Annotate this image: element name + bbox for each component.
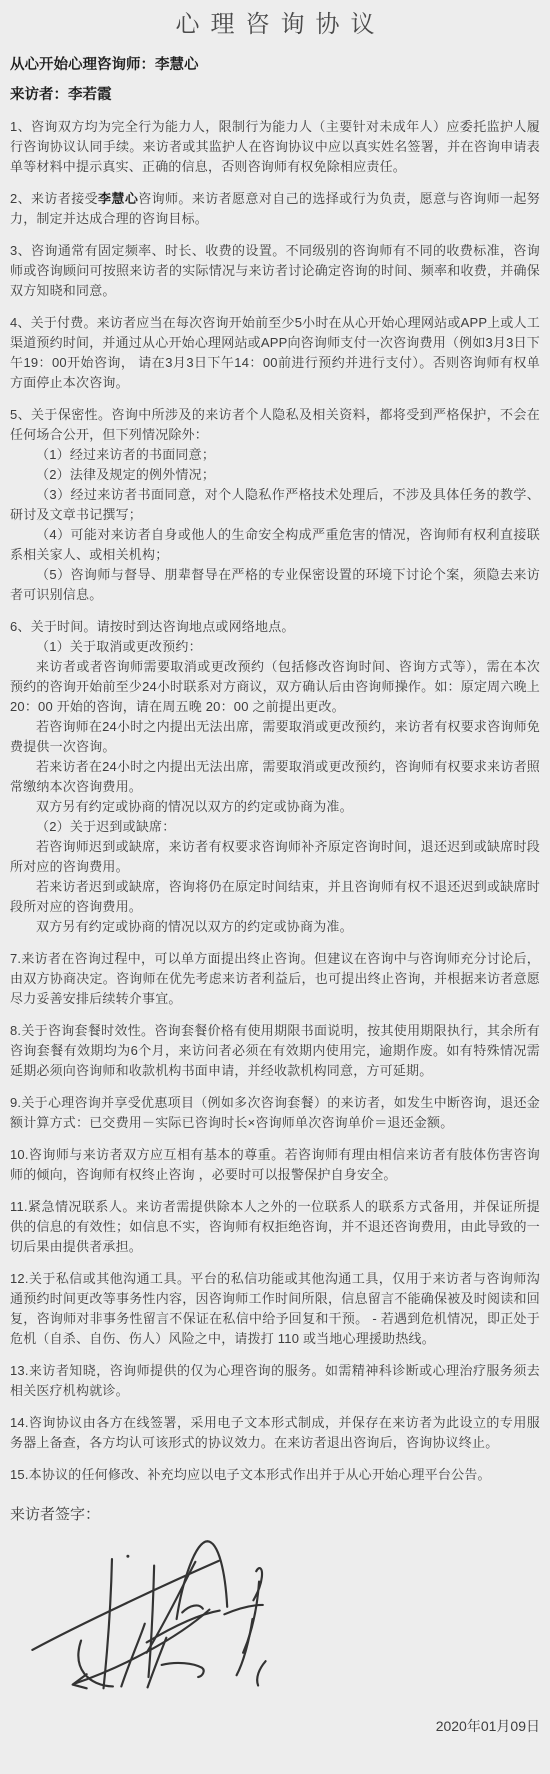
clause-6-item-1-d: 双方另有约定或协商的情况以双方的约定或协商为准。 [10,797,540,817]
agreement-body: 1、咨询双方均为完全行为能力人，限制行为能力人（主要针对未成年人）应委托监护人履… [10,117,540,1485]
clause-7: 7.来访者在咨询过程中，可以单方面提出终止咨询。但建议在咨询中与咨询师充分讨论后… [10,949,540,1009]
signature-scribble-image [16,1530,296,1708]
clause-11: 11.紧急情况联系人。来访者需提供除本人之外的一位联系人的联系方式备用，并保证所… [10,1197,540,1257]
clause-5-item-2: （2）法律及规定的例外情况； [10,465,540,485]
clause-6-item-2-b: 若来访者迟到或缺席，咨询将仍在原定时间结束，并且咨询师有权不退还迟到或缺席时段所… [10,877,540,917]
clause-6-item-2-c: 双方另有约定或协商的情况以双方的约定或协商为准。 [10,917,540,937]
clause-3: 3、咨询通常有固定频率、时长、收费的设置。不同级别的咨询师有不同的收费标准，咨询… [10,241,540,301]
agreement-page: 心理咨询协议 从心开始心理咨询师：李慧心 来访者：李若霞 1、咨询双方均为完全行… [0,0,550,1774]
clause-15: 15.本协议的任何修改、补充均应以电子文本形式作出并于从心开始心理平台公告。 [10,1465,540,1485]
visitor-line: 来访者：李若霞 [10,87,540,103]
clause-6-item-1-b: 若咨询师在24小时之内提出无法出席，需要取消或更改预约，来访者有权要求咨询师免费… [10,717,540,757]
clause-6-item-1-a: 来访者或者咨询师需要取消或更改预约（包括修改咨询时间、咨询方式等），需在本次预约… [10,657,540,717]
signature-date: 2020年01月09日 [10,1718,540,1734]
clause-12: 12.关于私信或其他沟通工具。平台的私信功能或其他沟通工具，仅用于来访者与咨询师… [10,1269,540,1349]
clause-6-item-2: （2）关于迟到或缺席： [10,817,540,837]
clause-5-item-4: （4）可能对来访者自身或他人的生命安全构成严重危害的情况，咨询师有权利直接联系相… [10,525,540,565]
clause-1: 1、咨询双方均为完全行为能力人，限制行为能力人（主要针对未成年人）应委托监护人履… [10,117,540,177]
clause-8: 8.关于咨询套餐时效性。咨询套餐价格有使用期限书面说明，按其使用期限执行，其余所… [10,1021,540,1081]
clause-5-item-1: （1）经过来访者的书面同意； [10,445,540,465]
clause-6-item-1: （1）关于取消或更改预约： [10,637,540,657]
clause-6-item-2-a: 若咨询师迟到或缺席，来访者有权要求咨询师补齐原定咨询时间，退还迟到或缺席时段所对… [10,837,540,877]
clause-13: 13.来访者知晓，咨询师提供的仅为心理咨询的服务。如需精神科诊断或心理治疗服务须… [10,1361,540,1401]
signature-label: 来访者签字： [10,1506,540,1524]
clause-5-item-5: （5）咨询师与督导、朋辈督导在严格的专业保密设置的环境下讨论个案，须隐去来访者可… [10,565,540,605]
page-title: 心理咨询协议 [10,10,540,40]
clause-10: 10.咨询师与来访者双方应互相有基本的尊重。若咨询师有理由相信来访者有肢体伤害咨… [10,1145,540,1185]
clause-5-item-3: （3）经过来访者书面同意，对个人隐私作严格技术处理后，不涉及具体任务的教学、研讨… [10,485,540,525]
clause-14: 14.咨询协议由各方在线签署，采用电子文本形式制成，并保存在来访者为此设立的专用… [10,1413,540,1453]
clause-4: 4、关于付费。来访者应当在每次咨询开始前至少5小时在从心开始心理网站或APP上或… [10,313,540,393]
clause-6: 6、关于时间。请按时到达咨询地点或网络地点。 [10,617,540,637]
counselor-line: 从心开始心理咨询师：李慧心 [10,57,540,73]
visitor-signature [16,1530,296,1708]
clause-6-item-1-c: 若来访者在24小时之内提出无法出席，需要取消或更改预约，咨询师有权要求来访者照常… [10,757,540,797]
clause-5: 5、关于保密性。咨询中所涉及的来访者个人隐私及相关资料，都将受到严格保护，不会在… [10,405,540,445]
clause-9: 9.关于心理咨询并享受优惠项目（例如多次咨询套餐）的来访者，如发生中断咨询，退还… [10,1093,540,1133]
clause-2: 2、来访者接受李慧心咨询师。来访者愿意对自己的选择或行为负责，愿意与咨询师一起努… [10,189,540,229]
